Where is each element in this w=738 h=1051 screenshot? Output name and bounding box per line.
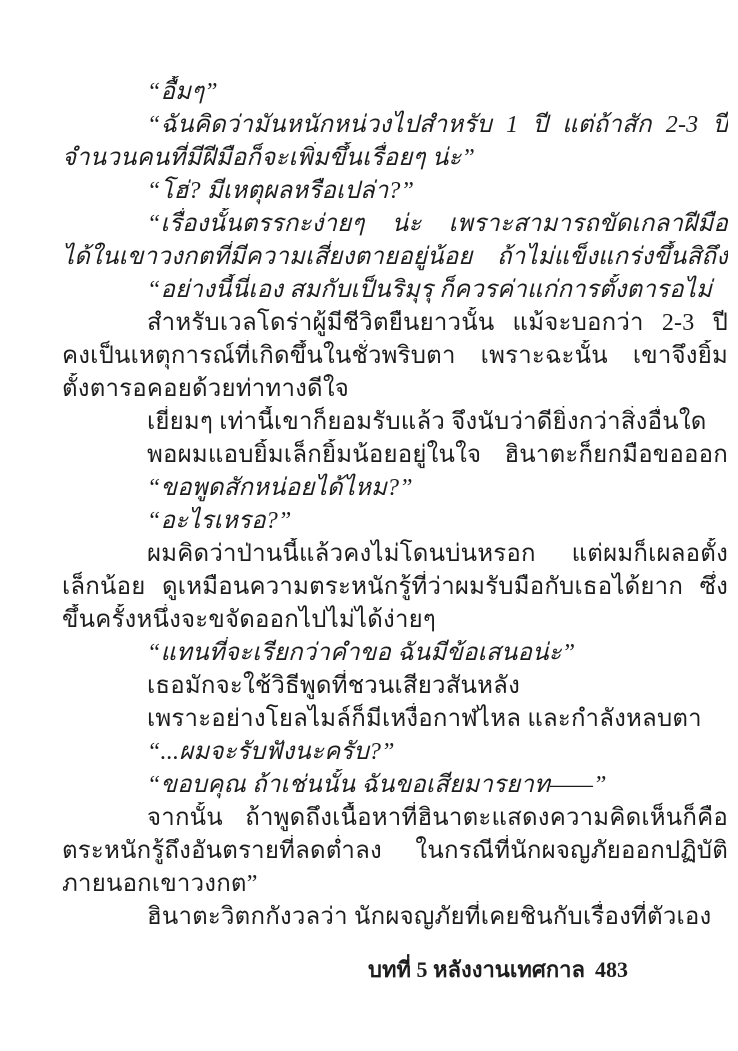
narration-line: เพราะอย่างโยลไมล์ก็มีเหงื่อกาฬไหล และกำล… (62, 703, 728, 736)
narration-line: ตระหนักรู้ถึงอันตรายที่ลดต่ำลง ในกรณีที่… (62, 835, 728, 868)
narration-line: พอผมแอบยิ้มเล็กยิ้มน้อยอยู่ในใจ ฮินาตะก็… (62, 439, 728, 472)
narration-line: ผมคิดว่าป่านนี้แล้วคงไม่โดนบ่นหรอก แต่ผม… (62, 538, 728, 571)
dialogue-line: “ฉันคิดว่ามันหนักหน่วงไปสำหรับ 1 ปี แต่ถ… (62, 109, 728, 142)
dialogue-line: “ขอบคุณ ถ้าเช่นนั้น ฉันขอเสียมารยาท——” (62, 769, 728, 802)
narration-line: ฮินาตะวิตกกังวลว่า นักผจญภัยที่เคยชินกับ… (62, 901, 728, 934)
narration-line: เธอมักจะใช้วิธีพูดที่ชวนเสียวสันหลัง (62, 670, 728, 703)
dialogue-line: “เรื่องนั้นตรรกะง่ายๆ น่ะ เพราะสามารถขัด… (62, 208, 728, 241)
dialogue-line: “โฮ่? มีเหตุผลหรือเปล่า?” (62, 175, 728, 208)
page-footer: บทที่ 5 หลังงานเทศกาล483 (368, 956, 628, 984)
narration-line: คงเป็นเหตุการณ์ที่เกิดขึ้นในชั่วพริบตา เ… (62, 340, 728, 373)
narration-line: เยี่ยมๆ เท่านี้เขาก็ยอมรับแล้ว จึงนับว่า… (62, 406, 728, 439)
book-page: “อื้มๆ”“ฉันคิดว่ามันหนักหน่วงไปสำหรับ 1 … (0, 0, 738, 1051)
dialogue-line: “อื้มๆ” (62, 76, 728, 109)
dialogue-line: “...ผมจะรับฟังนะครับ?” (62, 736, 728, 769)
page-number: 483 (595, 957, 628, 982)
dialogue-line: “อย่างนี้นี่เอง สมกับเป็นริมุรุ ก็ควรค่า… (62, 274, 728, 307)
narration-line: ขึ้นครั้งหนึ่งจะขจัดออกไปไม่ได้ง่ายๆ (62, 604, 728, 637)
chapter-title: บทที่ 5 หลังงานเทศกาล (368, 957, 585, 982)
dialogue-line: “อะไรเหรอ?” (62, 505, 728, 538)
dialogue-line: จำนวนคนที่มีฝีมือก็จะเพิ่มขึ้นเรื่อยๆ น่… (62, 142, 728, 175)
narration-line: เล็กน้อย ดูเหมือนความตระหนักรู้ที่ว่าผมร… (62, 571, 728, 604)
narration-line: ภายนอกเขาวงกต” (62, 868, 728, 901)
narration-line: สำหรับเวลโดร่าผู้มีชีวิตยืนยาวนั้น แม้จะ… (62, 307, 728, 340)
dialogue-line: “ขอพูดสักหน่อยได้ไหม?” (62, 472, 728, 505)
dialogue-line: ได้ในเขาวงกตที่มีความเสี่ยงตายอยู่น้อย ถ… (62, 241, 728, 274)
narration-line: จากนั้น ถ้าพูดถึงเนื้อหาที่ฮินาตะแสดงควา… (62, 802, 728, 835)
dialogue-line: “แทนที่จะเรียกว่าคำขอ ฉันมีข้อเสนอน่ะ” (62, 637, 728, 670)
page-body: “อื้มๆ”“ฉันคิดว่ามันหนักหน่วงไปสำหรับ 1 … (62, 76, 728, 934)
narration-line: ตั้งตารอคอยด้วยท่าทางดีใจ (62, 373, 728, 406)
